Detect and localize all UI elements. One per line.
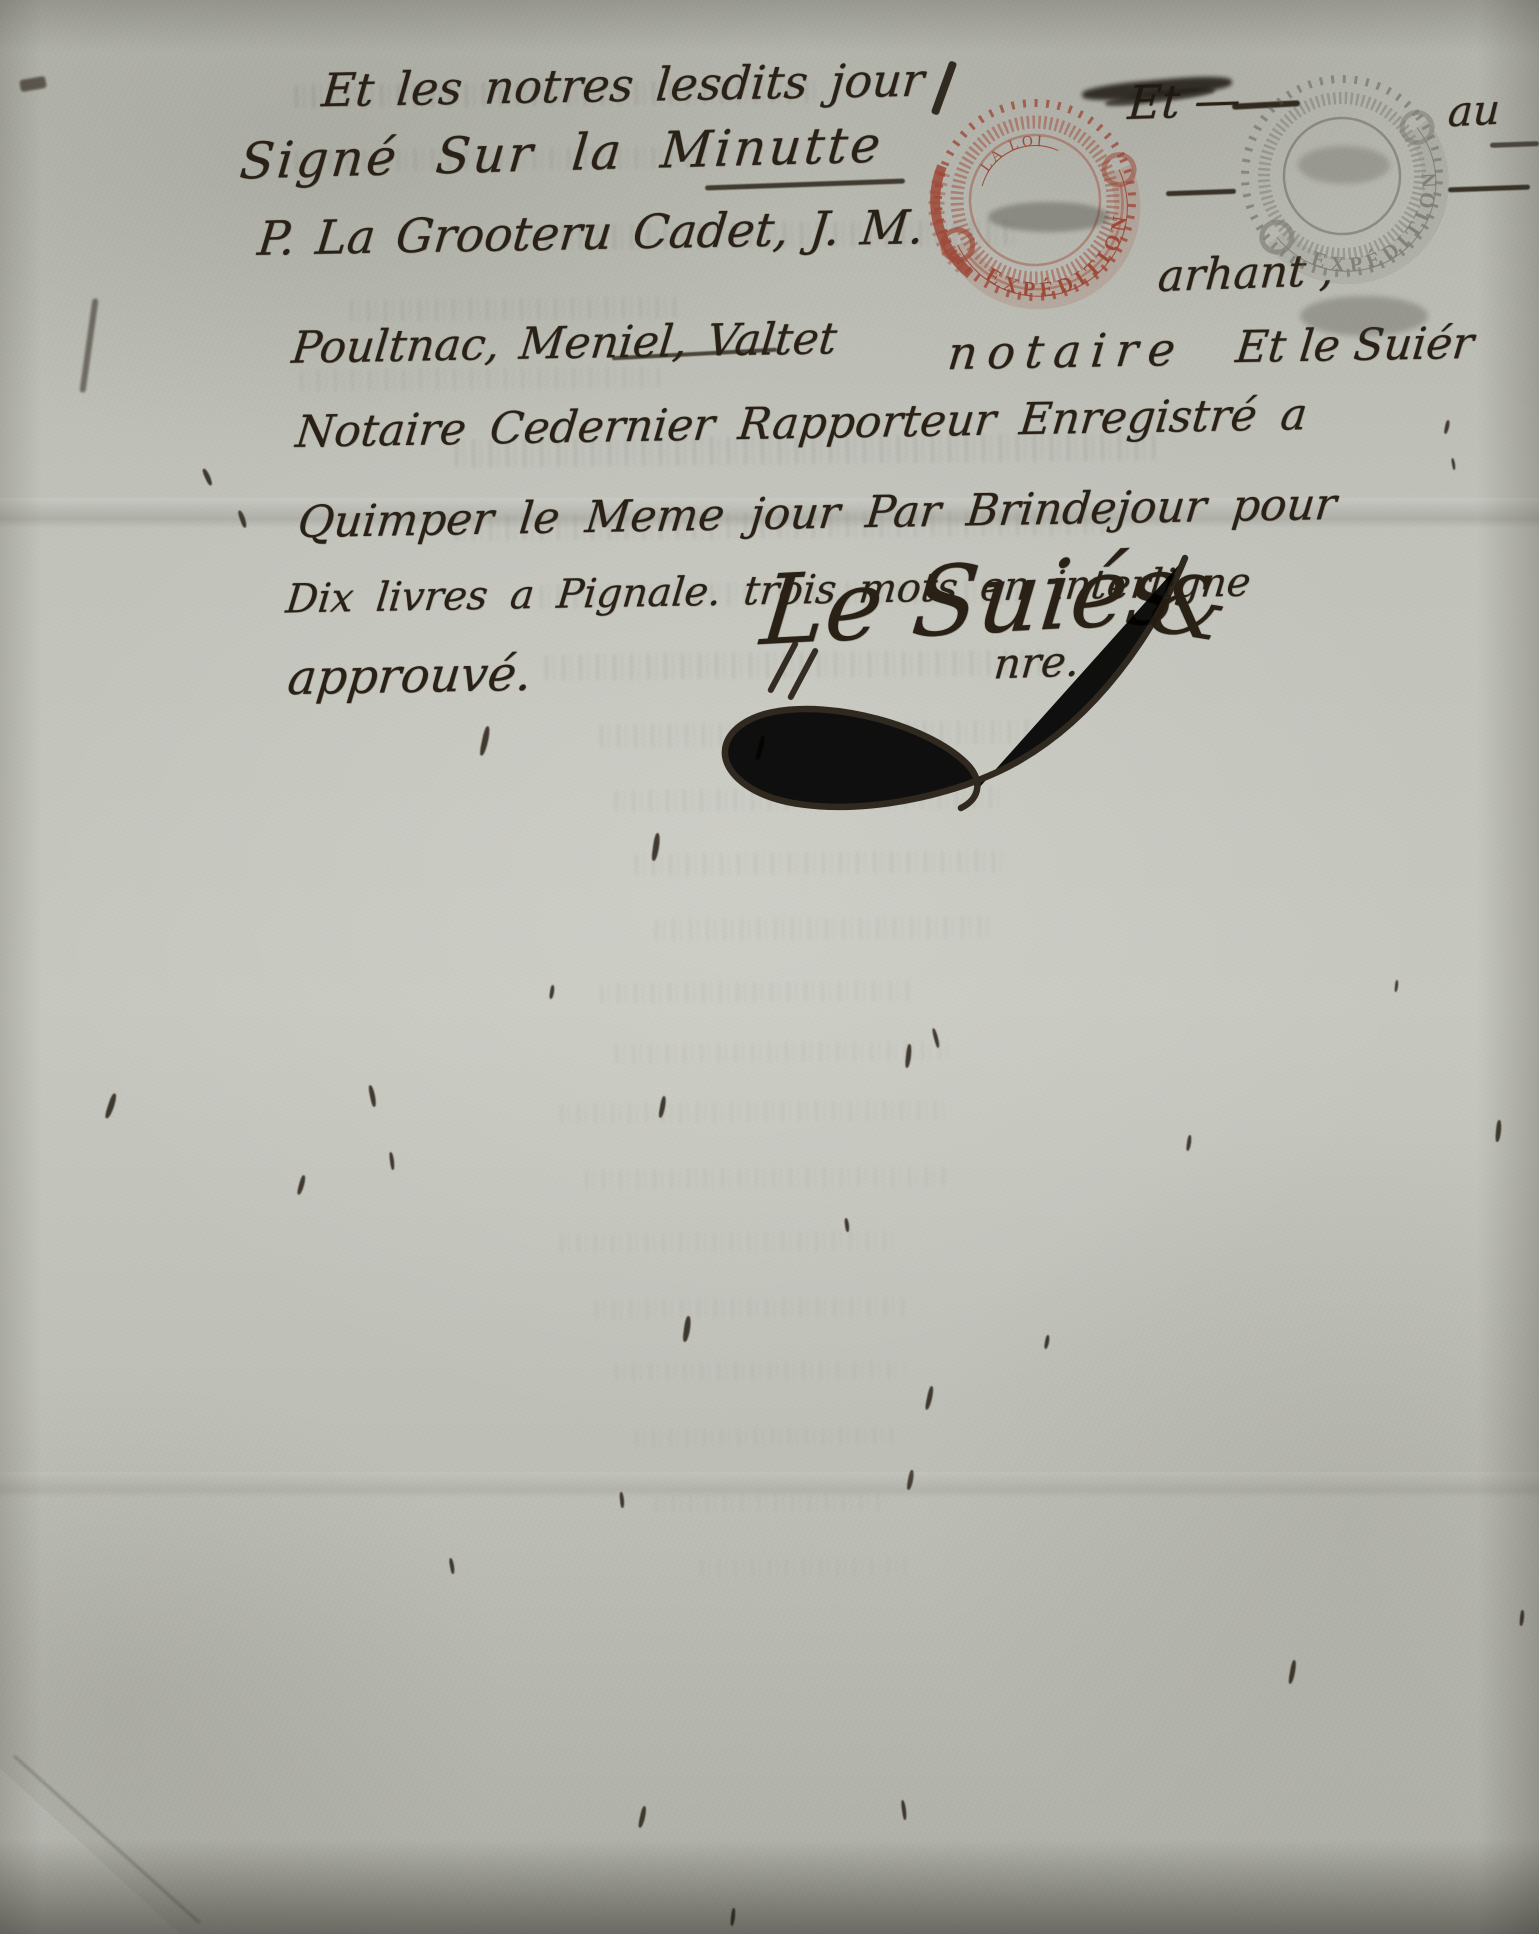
- manuscript-page: Et les notres lesdits jour Et — au Signé…: [0, 0, 1539, 1934]
- photo-vignette: [0, 0, 1539, 1934]
